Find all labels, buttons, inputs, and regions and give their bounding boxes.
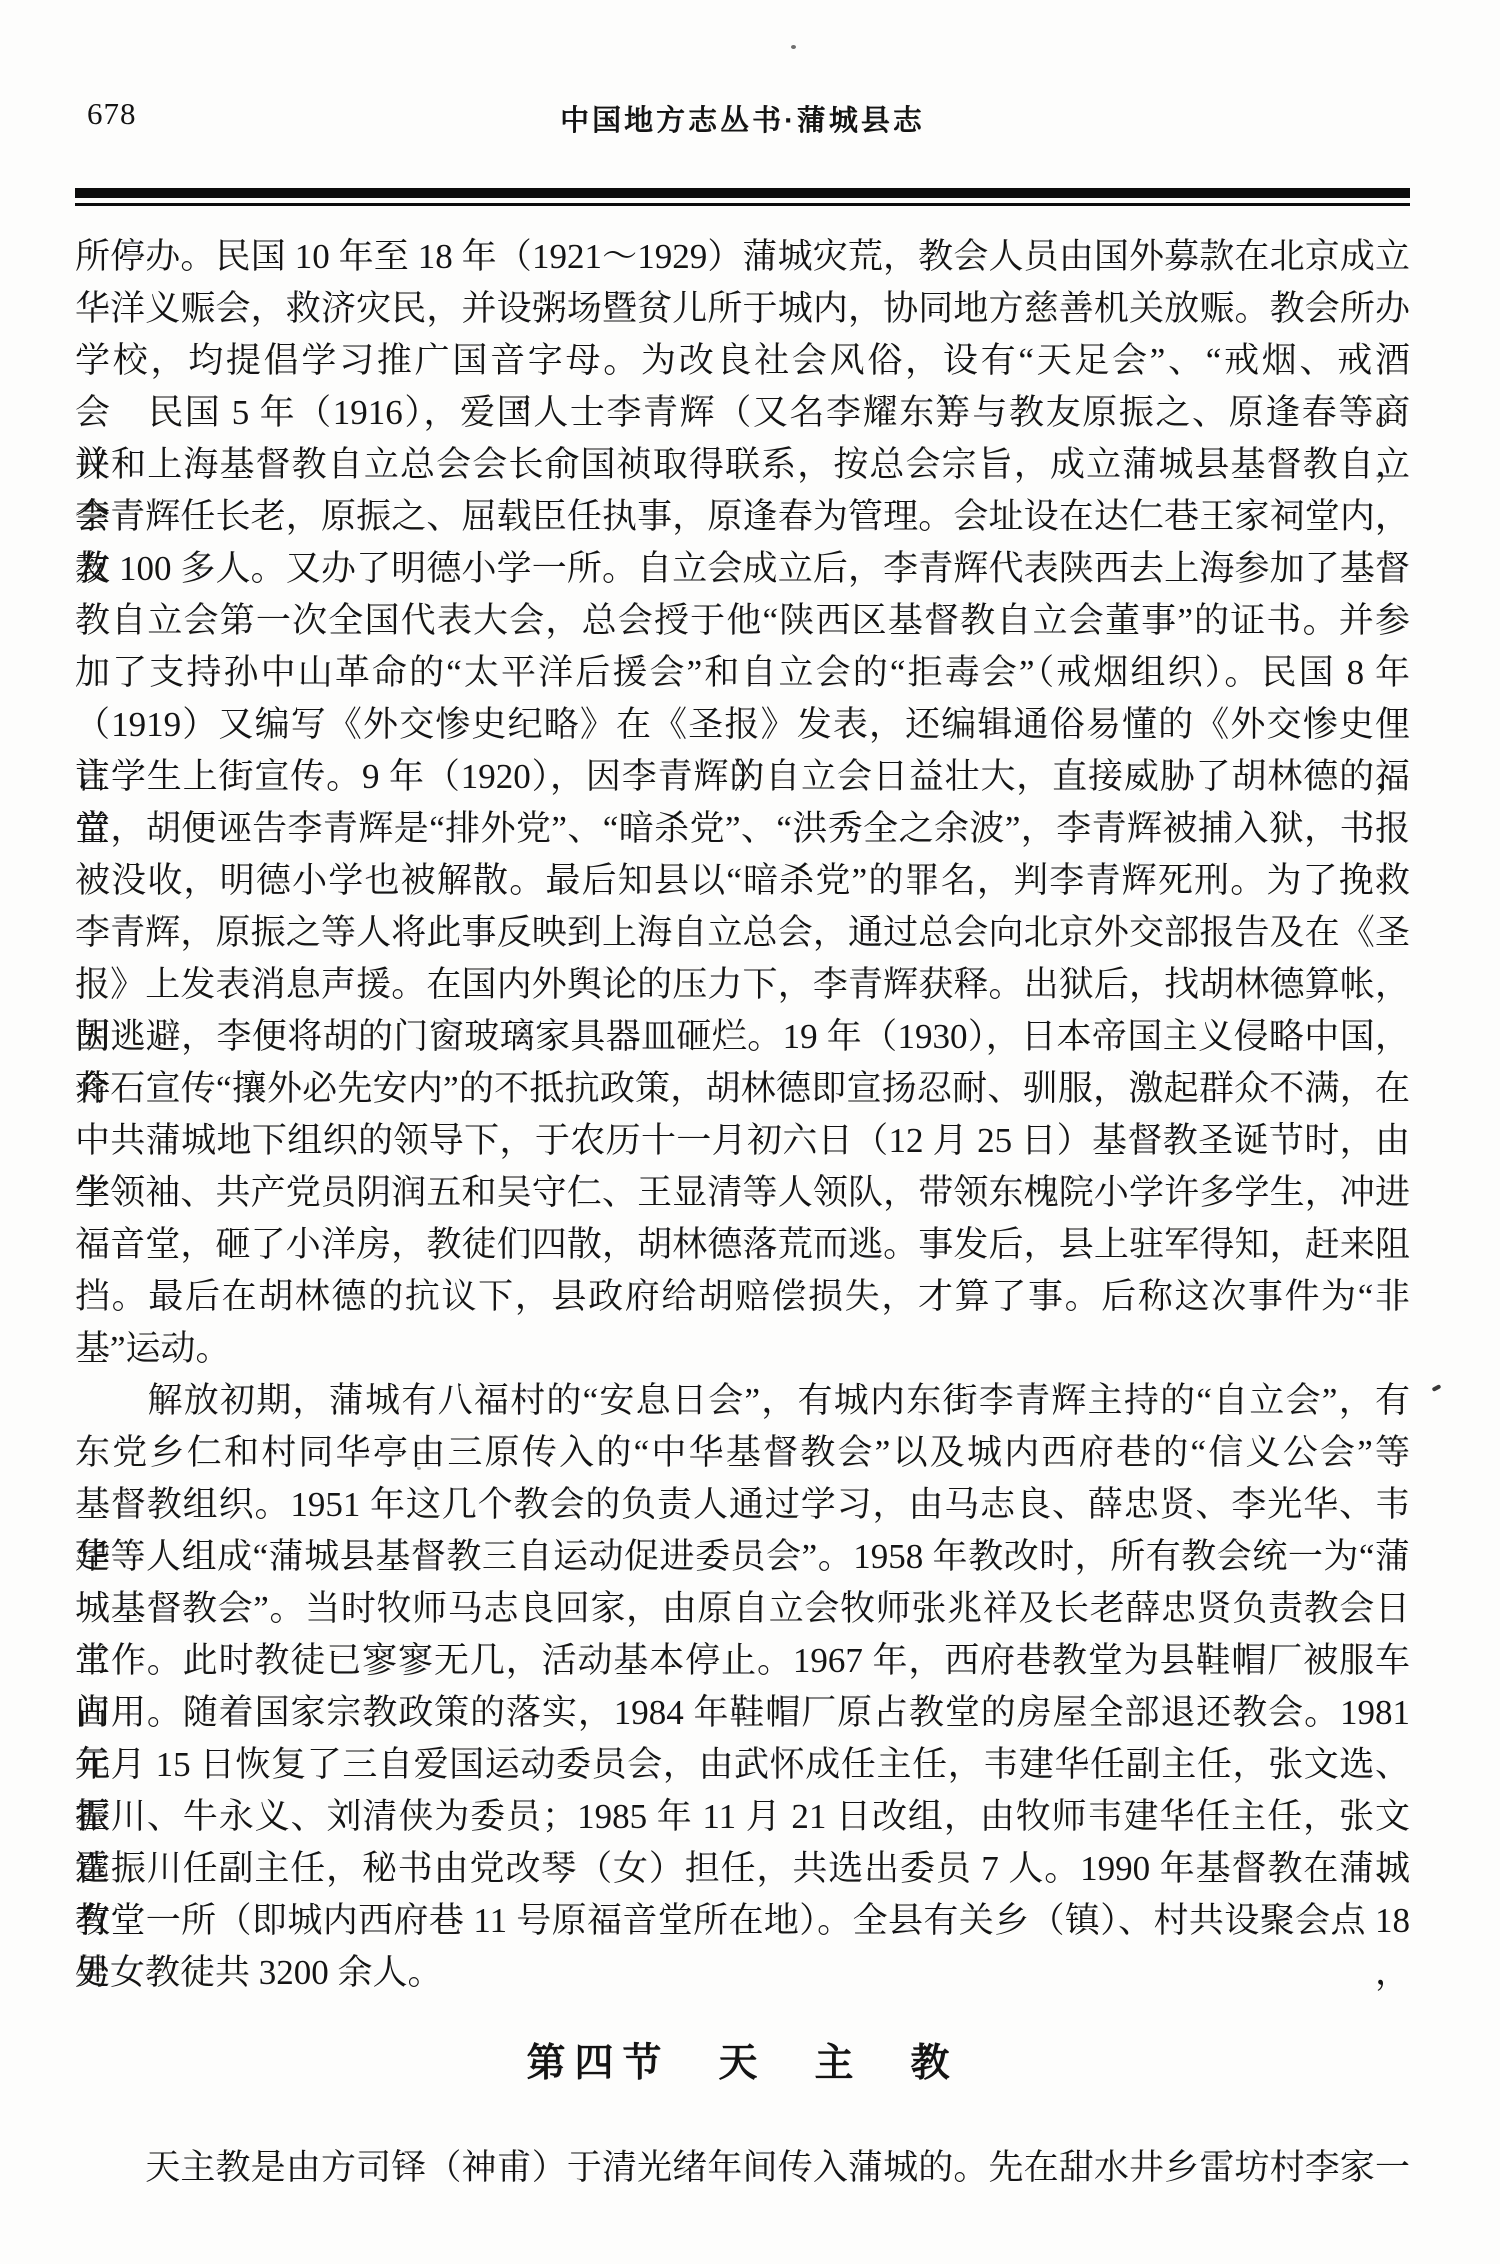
scan-speck <box>417 1467 421 1470</box>
text-line: 挡。最后在胡林德的抗议下，县政府给胡赔偿损失，才算了事。后称这次事件为“非 <box>75 1271 1410 1323</box>
text-line: 振川、牛永义、刘清侠为委员；1985 年 11 月 21 日改组，由牧师韦建华任… <box>75 1791 1410 1843</box>
main-body-text: 所停办。民国 10 年至 18 年（1921～1929）蒲城灾荒，教会人员由国外… <box>75 231 1410 1999</box>
text-line: 中共蒲城地下组织的领导下，于农历十一月初六日（12 月 25 日）基督教圣诞节时… <box>75 1115 1410 1167</box>
closing-paragraph-text: 天主教是由方司铎（神甫）于清光绪年间传入蒲城的。先在甜水井乡雷坊村李家一 <box>75 2142 1410 2194</box>
text-line: 所停办。民国 10 年至 18 年（1921～1929）蒲城灾荒，教会人员由国外… <box>75 231 1410 283</box>
text-line: 加了支持孙中山革命的“太平洋后援会”和自立会的“拒毒会”（戒烟组织）。民国 8 … <box>75 647 1410 699</box>
text-line: 友 100 多人。又办了明德小学一所。自立会成立后，李青辉代表陕西去上海参加了基… <box>75 543 1410 595</box>
text-line: （1919）又编写《外交惨史纪略》在《圣报》发表，还编辑通俗易懂的《外交惨史俚言… <box>75 699 1410 751</box>
text-line: 教堂一所（即城内西府巷 11 号原福音堂所在地）。全县有关乡（镇）、村共设聚会点… <box>75 1895 1410 1947</box>
text-line: 霍振川任副主任，秘书由党改琴（女）担任，共选出委员 7 人。1990 年基督教在… <box>75 1843 1410 1895</box>
text-line: 基督教组织。1951 年这几个教会的负责人通过学习，由马志良、薛忠贤、李光华、韦… <box>75 1479 1410 1531</box>
header-series-title: 中国地方志丛书·蒲城县志 <box>75 98 1410 139</box>
text-line: 天主教是由方司铎（神甫）于清光绪年间传入蒲城的。先在甜水井乡雷坊村李家一 <box>75 2142 1410 2194</box>
scan-speck <box>791 45 796 49</box>
scanned-page: 678 中国地方志丛书·蒲城县志 所停办。民国 10 年至 18 年（1921～… <box>0 0 1500 2264</box>
text-line: 解放初期，蒲城有八福村的“安息日会”，有城内东街李青辉主持的“自立会”，有 <box>75 1375 1410 1427</box>
paragraph: 天主教是由方司铎（神甫）于清光绪年间传入蒲城的。先在甜水井乡雷坊村李家一 <box>75 2142 1410 2194</box>
text-line: 基”运动。 <box>75 1323 1410 1375</box>
text-line: 教自立会第一次全国代表大会，总会授于他“陕西区基督教自立会董事”的证书。并参 <box>75 595 1410 647</box>
paragraph: 民国 5 年（1916），爱国人士李青辉（又名李耀东）与教友原振之、原逢春等商议… <box>75 387 1410 1375</box>
text-line: 华洋义赈会，救济灾民，并设粥场暨贫儿所于城内，协同地方慈善机关放赈。教会所办 <box>75 283 1410 335</box>
text-line: 让学生上街宣传。9 年（1920），因李青辉的自立会日益壮大，直接威胁了胡林德的… <box>75 751 1410 803</box>
text-line: 工作。此时教徒已寥寥无几，活动基本停止。1967 年，西府巷教堂为县鞋帽厂被服车… <box>75 1635 1410 1687</box>
text-line: 占用。随着国家宗教政策的落实，1984 年鞋帽厂原占教堂的房屋全部退还教会。19… <box>75 1687 1410 1739</box>
text-line: 被没收，明德小学也被解散。最后知县以“暗杀党”的罪名，判李青辉死刑。为了挽救 <box>75 855 1410 907</box>
paragraph: 所停办。民国 10 年至 18 年（1921～1929）蒲城灾荒，教会人员由国外… <box>75 231 1410 387</box>
text-line: 并和上海基督教自立总会会长俞国祯取得联系，按总会宗旨，成立蒲城县基督教自立会， <box>75 439 1410 491</box>
text-line: 堂，胡便诬告李青辉是“排外党”、“暗杀党”、“洪秀全之余波”，李青辉被捕入狱，书… <box>75 803 1410 855</box>
paragraph: 解放初期，蒲城有八福村的“安息日会”，有城内东街李青辉主持的“自立会”，有东党乡… <box>75 1375 1410 1999</box>
text-line: 胡逃避，李便将胡的门窗玻璃家具器皿砸烂。19 年（1930），日本帝国主义侵略中… <box>75 1011 1410 1063</box>
header-rule-thick <box>75 188 1410 198</box>
text-line: 东党乡仁和村同华亭由三原传入的“中华基督教会”以及城内西府巷的“信义公会”等 <box>75 1427 1410 1479</box>
text-line: 城基督教会”。当时牧师马志良回家，由原自立会牧师张兆祥及长老薛忠贤负责教会日常 <box>75 1583 1410 1635</box>
text-line: 李青辉，原振之等人将此事反映到上海自立总会，通过总会向北京外交部报告及在《圣 <box>75 907 1410 959</box>
text-line: 福音堂，砸了小洋房，教徒们四散，胡林德落荒而逃。事发后，县上驻军得知，赶来阻 <box>75 1219 1410 1271</box>
scan-speck <box>1432 1384 1442 1392</box>
text-line: 华等人组成“蒲城县基督教三自运动促进委员会”。1958 年教改时，所有教会统一为… <box>75 1531 1410 1583</box>
header-rule-thin <box>75 203 1410 206</box>
text-line: 学校，均提倡学习推广国音字母。为改良社会风俗，设有“天足会”、“戒烟、戒酒会”等… <box>75 335 1410 387</box>
text-line: 元月 15 日恢复了三自爱国运动委员会，由武怀成任主任，韦建华任副主任，张文选、… <box>75 1739 1410 1791</box>
text-line: 生领袖、共产党员阴润五和吴守仁、王显清等人领队，带领东槐院小学许多学生，冲进 <box>75 1167 1410 1219</box>
text-line: 李青辉任长老，原振之、屈载臣任执事，原逢春为管理。会址设在达仁巷王家祠堂内，教 <box>75 491 1410 543</box>
text-line: 民国 5 年（1916），爱国人士李青辉（又名李耀东）与教友原振之、原逢春等商议… <box>75 387 1410 439</box>
section-heading: 第四节 天 主 教 <box>75 2038 1410 2090</box>
text-line: 报》上发表消息声援。在国内外舆论的压力下，李青辉获释。出狱后，找胡林德算帐，因 <box>75 959 1410 1011</box>
page-header: 678 中国地方志丛书·蒲城县志 <box>75 96 1410 138</box>
text-line: 介石宣传“攘外必先安内”的不抵抗政策，胡林德即宣扬忍耐、驯服，激起群众不满，在 <box>75 1063 1410 1115</box>
